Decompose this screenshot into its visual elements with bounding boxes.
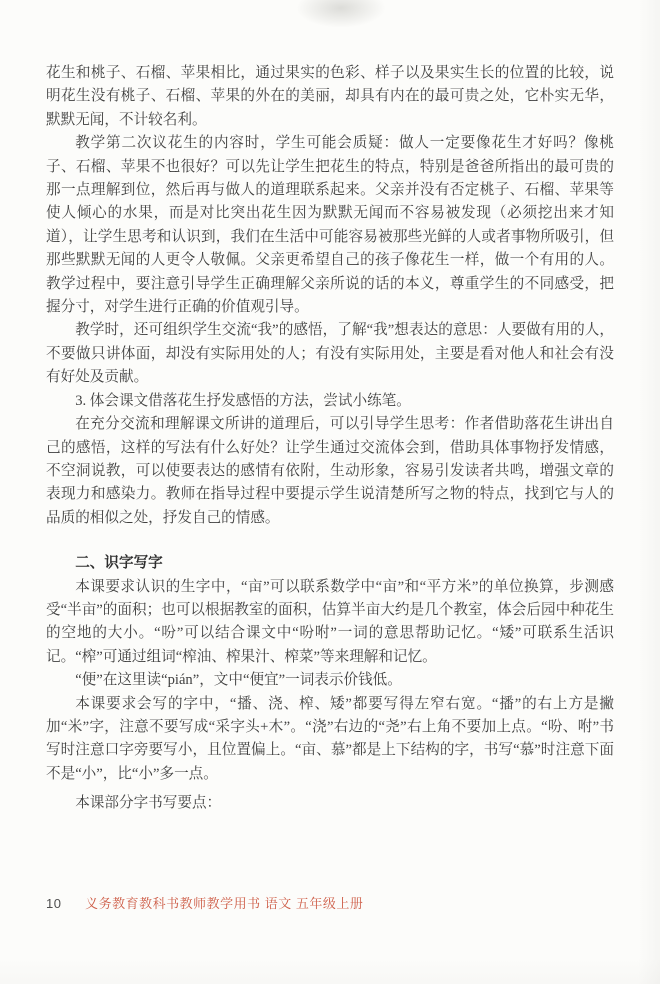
footer-book-title: 义务教育教科书教师教学用书 语文 五年级上册: [85, 896, 363, 911]
page-footer: 10 义务教育教科书教师教学用书 语文 五年级上册: [46, 893, 363, 912]
paragraph-writing-characters: 本课要求会写的字中，“播、浇、榨、矮”都要写得左窄右宽。“播”的右上方是撇加“米…: [46, 693, 614, 787]
scan-smudge: [296, 0, 386, 28]
paragraph-expression-method: 在充分交流和理解课文所讲的道理后，可以引导学生思考：作者借助落花生讲出自己的感悟…: [46, 413, 614, 530]
page-edge-shade: [638, 0, 660, 984]
section-heading-literacy-writing: 二、识字写字: [46, 552, 614, 575]
page-text-block: 花生和桃子、石榴、苹果相比，通过果实的色彩、样子以及果实生长的位置的比较，说明花…: [46, 62, 614, 816]
page-bottom-shade: [0, 958, 660, 984]
paragraph-second-discussion: 教学第二次议花生的内容时，学生可能会质疑：做人一定要像花生才好吗？像桃子、石榴、…: [46, 132, 614, 319]
paragraph-recognize-characters: 本课要求认识的生字中，“亩”可以联系数学中“亩”和“平方米”的单位换算，步测感受…: [46, 576, 614, 670]
paragraph-writing-points-intro: 本课部分字书写要点：: [46, 792, 614, 815]
paragraph-exchange-feelings: 教学时，还可组织学生交流“我”的感悟，了解“我”想表达的意思：人要做有用的人，不…: [46, 319, 614, 389]
page-number: 10: [46, 896, 61, 911]
paragraph-peanut-comparison: 花生和桃子、石榴、苹果相比，通过果实的色彩、样子以及果实生长的位置的比较，说明花…: [46, 62, 614, 132]
list-item-3: 3. 体会课文借落花生抒发感悟的方法，尝试小练笔。: [46, 390, 614, 413]
book-page: 花生和桃子、石榴、苹果相比，通过果实的色彩、样子以及果实生长的位置的比较，说明花…: [0, 0, 660, 984]
paragraph-pian-pronunciation: “便”在这里读“pián”，文中“便宜”一词表示价钱低。: [46, 669, 614, 692]
